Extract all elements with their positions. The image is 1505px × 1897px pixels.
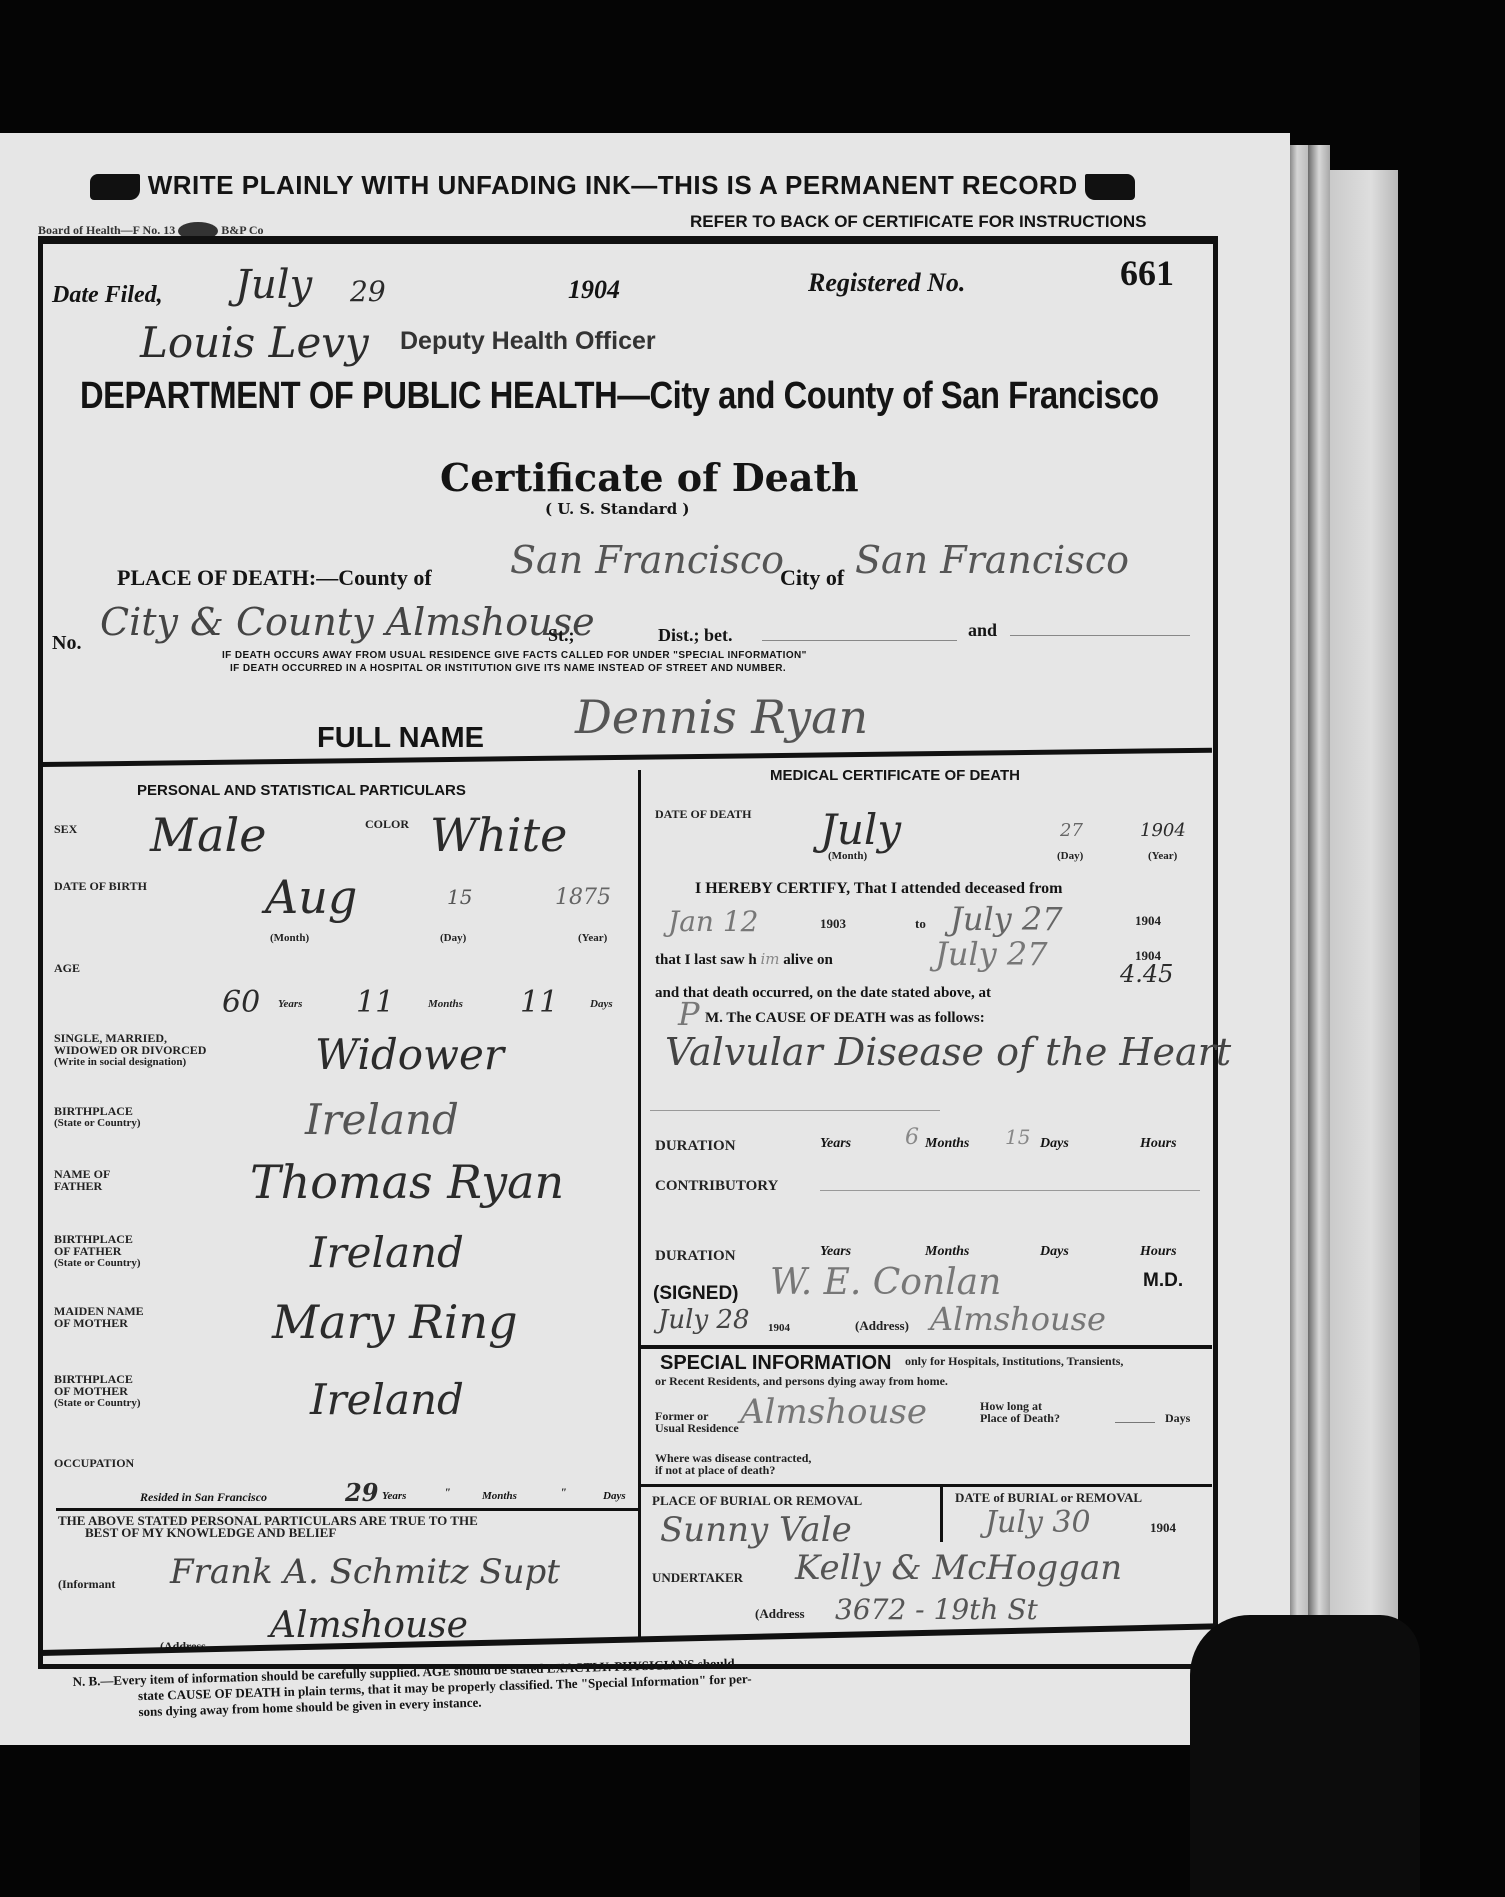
refer-instructions: REFER TO BACK OF CERTIFICATE FOR INSTRUC… <box>690 212 1146 232</box>
and-label: and <box>968 620 997 641</box>
birthplace-label-2: (State or Country) <box>54 1117 141 1129</box>
street-number-label: No. <box>52 632 81 655</box>
dist-blank <box>762 640 957 641</box>
mother-name-label-2: OF MOTHER <box>54 1317 128 1329</box>
resided-years-caption: Years <box>382 1490 406 1502</box>
how-long-unit: Days <box>1165 1412 1190 1424</box>
color-label: COLOR <box>365 818 409 830</box>
physician-address-label: (Address) <box>855 1320 909 1332</box>
book-page-edge <box>1290 145 1308 1725</box>
burial-date-value: July 30 <box>985 1505 1091 1540</box>
district-label: Dist.; bet. <box>658 625 733 646</box>
undertaker-address-value: 3672 - 19th St <box>835 1593 1038 1626</box>
resided-years-value: 29 <box>345 1478 378 1507</box>
age-months-value: 11 <box>356 985 394 1020</box>
duration-days-caption: Days <box>1040 1136 1069 1152</box>
attended-to-value: July 27 <box>950 900 1063 938</box>
age-years-caption: Years <box>278 998 302 1010</box>
dob-month-caption: (Month) <box>270 932 309 944</box>
place-of-death-label: PLACE OF DEATH:—County of <box>117 565 432 591</box>
permanent-record-banner: WRITE PLAINLY WITH UNFADING INK—THIS IS … <box>90 170 1135 201</box>
date-of-death-label: DATE OF DEATH <box>655 808 751 820</box>
registered-label: Registered No. <box>808 268 965 298</box>
form-number-text: Board of Health—F No. 13 <box>38 223 175 237</box>
to-label: to <box>915 918 926 930</box>
age-label: AGE <box>54 962 80 974</box>
father-name-label-2: FATHER <box>54 1180 102 1192</box>
father-birthplace-value: Ireland <box>310 1228 464 1277</box>
mother-birthplace-label-2: OF MOTHER <box>54 1385 128 1397</box>
physician-signature: W. E. Conlan <box>770 1262 1001 1303</box>
us-standard-caption: ( U. S. Standard ) <box>545 500 690 518</box>
dob-month-value: Aug <box>265 870 357 924</box>
dod-year-caption: (Year) <box>1148 850 1177 862</box>
attended-from-value: Jan 12 <box>668 905 758 938</box>
contributory-label: CONTRIBUTORY <box>655 1180 778 1192</box>
and-blank <box>1010 635 1190 636</box>
duration-2-years-caption: Years <box>820 1244 851 1260</box>
attended-to-year: 1904 <box>1135 915 1161 927</box>
signed-label: (SIGNED) <box>653 1283 739 1305</box>
undertaker-value: Kelly & McHoggan <box>795 1548 1122 1588</box>
attest-divider <box>56 1508 638 1511</box>
attestation-line-2: BEST OF MY KNOWLEDGE AND BELIEF <box>85 1527 336 1539</box>
duration-years-caption: Years <box>820 1136 851 1152</box>
burial-place-value: Sunny Vale <box>660 1510 852 1550</box>
certify-text: I HEREBY CERTIFY, That I attended deceas… <box>695 880 1062 898</box>
duration-2-hours-caption: Hours <box>1140 1244 1177 1260</box>
former-residence-value: Almshouse <box>740 1392 927 1432</box>
date-filed-month: July <box>235 262 312 308</box>
attended-from-year: 1903 <box>820 918 846 930</box>
certificate-title: Certificate of Death <box>440 455 859 500</box>
date-of-birth-label: DATE OF BIRTH <box>54 880 147 892</box>
special-note-1: only for Hospitals, Institutions, Transi… <box>905 1355 1123 1367</box>
book-page-edge <box>1330 170 1398 1730</box>
dod-day-caption: (Day) <box>1057 850 1083 862</box>
place-note-2: IF DEATH OCCURRED IN A HOSPITAL OR INSTI… <box>230 663 786 674</box>
city-label: City of <box>780 565 844 591</box>
last-saw-label: that I last saw h im alive on <box>655 950 833 969</box>
pointing-hand-icon <box>1085 174 1135 200</box>
burial-divider <box>640 1484 1212 1487</box>
registered-number: 661 <box>1120 252 1174 294</box>
date-filed-day: 29 <box>350 275 386 308</box>
mother-name-value: Mary Ring <box>272 1295 518 1349</box>
contracted-label-2: if not at place of death? <box>655 1464 775 1476</box>
column-divider <box>638 770 641 1640</box>
printer-text: B&P Co <box>221 223 263 237</box>
former-residence-label-2: Usual Residence <box>655 1422 739 1434</box>
dob-year-value: 1875 <box>555 885 611 910</box>
father-birthplace-label-2: OF FATHER <box>54 1245 121 1257</box>
alive-on-text: alive on <box>783 952 833 968</box>
thumb-shadow <box>1190 1615 1420 1897</box>
cause-label: M. The CAUSE OF DEATH was as follows: <box>705 1010 985 1027</box>
marital-label-2: WIDOWED OR DIVORCED <box>54 1044 206 1056</box>
dod-month-caption: (Month) <box>828 850 867 862</box>
sex-value: Male <box>150 808 266 862</box>
how-long-label-2: Place of Death? <box>980 1412 1060 1424</box>
special-information-heading: SPECIAL INFORMATION <box>660 1352 891 1375</box>
duration-months-value: 6 <box>905 1125 919 1150</box>
dob-day-value: 15 <box>447 885 472 909</box>
resided-days-caption: Days <box>603 1490 626 1502</box>
informant-address-value: Almshouse <box>270 1605 468 1646</box>
resided-months-caption: Months <box>482 1490 517 1502</box>
mother-birthplace-label-3: (State or Country) <box>54 1397 141 1409</box>
duration-2-label: DURATION <box>655 1250 736 1262</box>
duration-hours-caption: Hours <box>1140 1136 1177 1152</box>
place-note-1: IF DEATH OCCURS AWAY FROM USUAL RESIDENC… <box>222 650 807 661</box>
cause-blank <box>650 1110 940 1111</box>
meridian-value: P <box>678 995 700 1033</box>
age-days-value: 11 <box>520 985 558 1020</box>
resided-days-value: " <box>560 1485 567 1500</box>
cause-of-death-value: Valvular Disease of the Heart <box>665 1030 1231 1074</box>
burial-date-label: DATE of BURIAL or REMOVAL <box>955 1492 1142 1504</box>
footnote-nb: N. B.— <box>72 1673 113 1689</box>
date-filed-label: Date Filed, <box>52 282 163 309</box>
dob-year-caption: (Year) <box>578 932 607 944</box>
personal-heading: PERSONAL AND STATISTICAL PARTICULARS <box>137 782 466 799</box>
last-saw-text: that I last saw h <box>655 952 757 968</box>
resided-months-value: " <box>444 1485 451 1500</box>
signed-date: July 28 <box>658 1305 750 1335</box>
last-saw-pronoun: im <box>760 950 779 968</box>
duration-days-value: 15 <box>1005 1125 1030 1149</box>
color-value: White <box>430 808 567 862</box>
mother-birthplace-value: Ireland <box>310 1375 464 1424</box>
last-saw-date: July 27 <box>935 935 1048 973</box>
full-name-value: Dennis Ryan <box>575 690 868 744</box>
duration-months-caption: Months <box>925 1136 969 1152</box>
dob-day-caption: (Day) <box>440 932 466 944</box>
full-name-label: FULL NAME <box>317 722 484 755</box>
death-occurred-text: and that death occurred, on the date sta… <box>655 985 991 1002</box>
undertaker-label: UNDERTAKER <box>652 1572 743 1584</box>
birthplace-label-1: BIRTHPLACE <box>54 1105 133 1117</box>
marital-value: Widower <box>315 1030 504 1079</box>
special-divider <box>640 1345 1212 1349</box>
undertaker-address-label: (Address <box>755 1608 805 1620</box>
birthplace-value: Ireland <box>305 1095 459 1144</box>
informant-label: (Informant <box>58 1578 115 1590</box>
physician-address-value: Almshouse <box>930 1300 1106 1338</box>
occupation-label: OCCUPATION <box>54 1457 134 1469</box>
father-birthplace-label-3: (State or Country) <box>54 1257 141 1269</box>
age-months-caption: Months <box>428 998 463 1010</box>
how-long-blank <box>1115 1422 1155 1423</box>
duration-label: DURATION <box>655 1140 736 1152</box>
father-name-value: Thomas Ryan <box>250 1155 564 1209</box>
dod-year-value: 1904 <box>1140 820 1186 841</box>
pointing-hand-icon <box>90 174 140 200</box>
md-label: M.D. <box>1143 1270 1183 1292</box>
dod-day-value: 27 <box>1060 820 1083 841</box>
burial-column-divider <box>940 1487 943 1542</box>
date-filed-year: 1904 <box>568 275 620 305</box>
resided-label: Resided in San Francisco <box>140 1490 267 1505</box>
duration-2-months-caption: Months <box>925 1244 969 1260</box>
age-years-value: 60 <box>222 985 260 1020</box>
special-note-2: or Recent Residents, and persons dying a… <box>655 1375 948 1387</box>
street-label: St.; <box>548 625 575 646</box>
duration-2-days-caption: Days <box>1040 1244 1069 1260</box>
informant-value: Frank A. Schmitz Supt <box>170 1552 560 1592</box>
book-page-edge <box>1308 145 1330 1725</box>
contributory-blank <box>820 1190 1200 1191</box>
burial-place-label: PLACE OF BURIAL OR REMOVAL <box>652 1495 862 1507</box>
medical-heading: MEDICAL CERTIFICATE OF DEATH <box>770 767 1020 784</box>
banner-text: WRITE PLAINLY WITH UNFADING INK—THIS IS … <box>148 170 1078 200</box>
officer-signature: Louis Levy <box>140 318 369 367</box>
officer-title: Deputy Health Officer <box>400 327 656 356</box>
signed-year: 1904 <box>768 1322 790 1334</box>
city-value: San Francisco <box>855 538 1129 582</box>
marital-label-3: (Write in social designation) <box>54 1056 186 1068</box>
sex-label: SEX <box>54 823 77 835</box>
death-time-value: 4.45 <box>1120 960 1173 988</box>
county-value: San Francisco <box>510 538 784 582</box>
department-title: DEPARTMENT OF PUBLIC HEALTH—City and Cou… <box>80 375 1159 418</box>
dod-month-value: July <box>820 805 901 854</box>
age-days-caption: Days <box>590 998 613 1010</box>
residence-address: City & County Almshouse <box>100 600 595 644</box>
burial-year-value: 1904 <box>1150 1522 1176 1534</box>
